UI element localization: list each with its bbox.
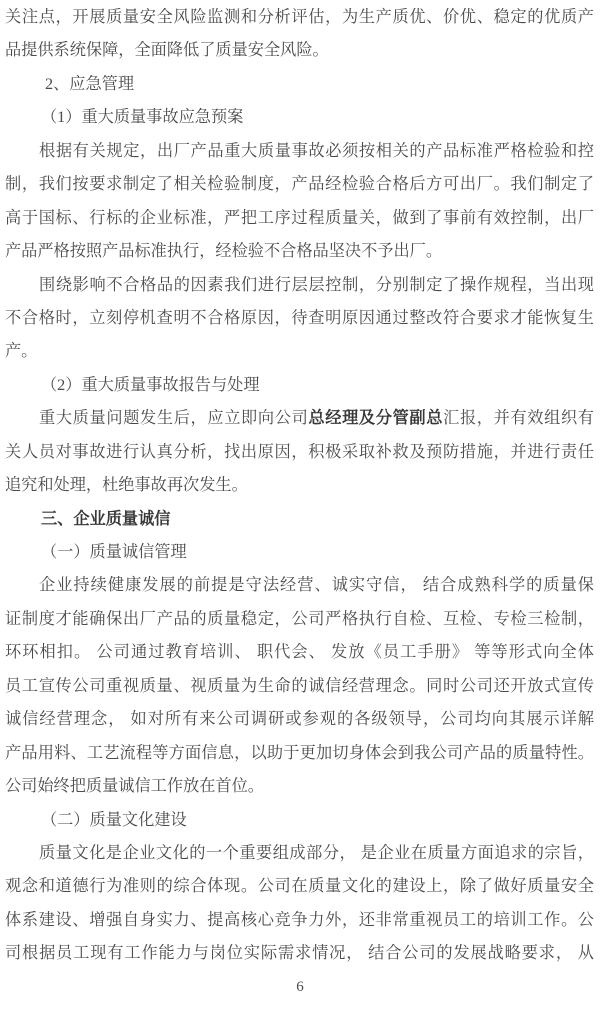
paragraph-line: 司根据员工现有工作能力与岗位实际需求情况， 结合公司的发展战略要求， 从: [5, 937, 594, 970]
paragraph-text: 汇报，并有效组织有: [443, 409, 594, 427]
document-page: 关注点，开展质量安全风险监测和分析评估，为生产质优、价优、稳定的优质产 品提供系…: [0, 0, 600, 1012]
paragraph-line-with-bold: 重大质量问题发生后，应立即向公司总经理及分管副总汇报，并有效组织有: [5, 402, 594, 435]
paragraph-line: 追究和处理，杜绝事故再次发生。: [5, 469, 594, 502]
paragraph-line: 产。: [5, 335, 594, 368]
sub-heading-yi: （一）质量诚信管理: [5, 536, 594, 569]
paragraph-line: 企业持续健康发展的前提是守法经营、诚实守信， 结合成熟科学的质量保: [5, 569, 594, 602]
paragraph-line: 围绕影响不合格品的因素我们进行层层控制，分别制定了操作规程，当出现: [5, 269, 594, 302]
paragraph-line: 公司始终把质量诚信工作放在首位。: [5, 770, 594, 803]
paragraph-line: 观念和道德行为准则的综合体现。公司在质量文化的建设上，除了做好质量安全: [5, 870, 594, 903]
paragraph-line: 诚信经营理念， 如对所有来公司调研或参观的各级领导，公司均向其展示详解: [5, 703, 594, 736]
paragraph-line: 不合格时，立刻停机查明不合格原因，待查明原因通过整改符合要求才能恢复生: [5, 302, 594, 335]
sub-heading-2: （2）重大质量事故报告与处理: [5, 369, 594, 402]
sub-heading-1: （1）重大质量事故应急预案: [5, 101, 594, 134]
paragraph-line: 证制度才能确保出厂产品的质量稳定，公司严格执行自检、互检、专检三检制，: [5, 603, 594, 636]
sub-heading-er: （二）质量文化建设: [5, 804, 594, 837]
paragraph-line: 关注点，开展质量安全风险监测和分析评估，为生产质优、价优、稳定的优质产: [5, 1, 594, 34]
paragraph-line: 制，我们按要求制定了相关检验制度，产品经检验合格后方可出厂。我们制定了: [5, 168, 594, 201]
page-number: 6: [0, 979, 600, 996]
paragraph-line: 质量文化是企业文化的一个重要组成部分， 是企业在质量方面追求的宗旨，: [5, 837, 594, 870]
paragraph-line: 产品用料、工艺流程等方面信息，以助于更加切身体会到我公司产品的质量特性。: [5, 737, 594, 770]
page-body: 关注点，开展质量安全风险监测和分析评估，为生产质优、价优、稳定的优质产 品提供系…: [5, 1, 594, 971]
paragraph-text: 重大质量问题发生后，应立即向公司: [39, 409, 308, 427]
paragraph-line: 环环相扣。 公司通过教育培训、 职代会、 发放《员工手册》 等等形式向全体: [5, 636, 594, 669]
paragraph-line: 品提供系统保障，全面降低了质量安全风险。: [5, 34, 594, 67]
paragraph-line: 产品严格按照产品标准执行，经检验不合格品坚决不予出厂。: [5, 235, 594, 268]
paragraph-line: 高于国标、行标的企业标准，严把工序过程质量关，做到了事前有效控制，出厂: [5, 202, 594, 235]
bold-phrase: 总经理及分管副总: [308, 409, 443, 427]
numbered-heading-2: 2、应急管理: [5, 68, 594, 101]
paragraph-line: 根据有关规定，出厂产品重大质量事故必须按相关的产品标准严格检验和控: [5, 135, 594, 168]
paragraph-line: 员工宣传公司重视质量、视质量为生命的诚信经营理念。同时公司还开放式宣传: [5, 670, 594, 703]
section-heading-3: 三、企业质量诚信: [5, 503, 594, 536]
paragraph-line: 关人员对事故进行认真分析，找出原因，积极采取补救及预防措施，并进行责任: [5, 436, 594, 469]
paragraph-line: 体系建设、增强自身实力、提高核心竞争力外，还非常重视员工的培训工作。公: [5, 904, 594, 937]
